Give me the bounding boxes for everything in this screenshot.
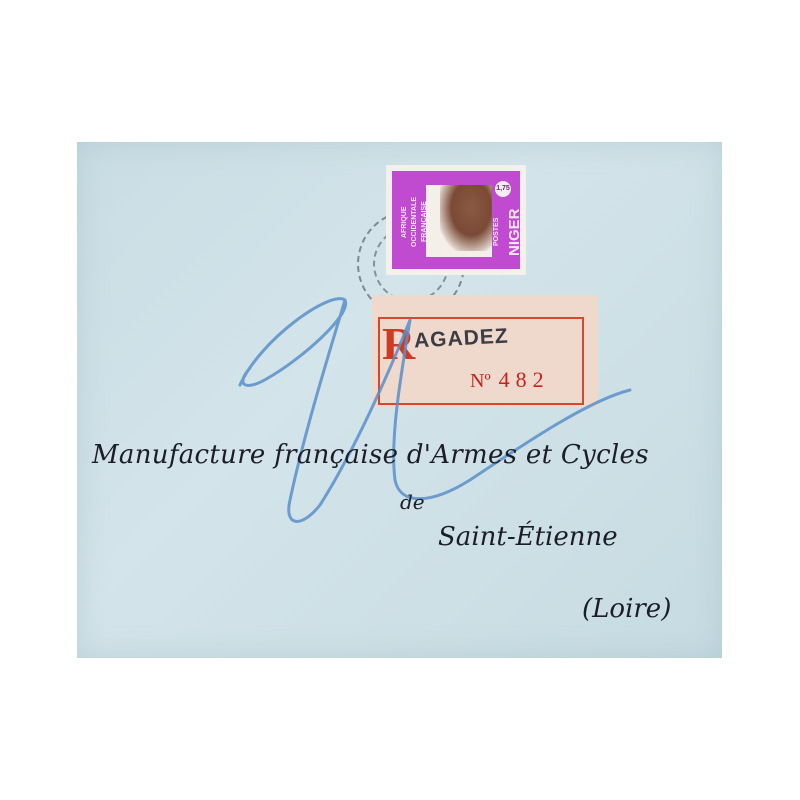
registration-number: Nº482 [470, 367, 550, 393]
registration-label: R AGADEZ Nº482 [372, 295, 598, 407]
stamp-country: POSTES NIGER [488, 197, 512, 267]
stamp-postes-text: POSTES [493, 218, 500, 246]
address-line-3: Saint-Étienne [438, 522, 618, 552]
stamp-niger-text: NIGER [506, 208, 523, 256]
address-line-1: Manufacture française d'Armes et Cycles [92, 440, 649, 470]
registration-town: AGADEZ [413, 325, 509, 354]
stamp-colony-text: AFRIQUE OCCIDENTALE FRANÇAISE [400, 183, 422, 261]
stamp-value: 1,75 [495, 181, 511, 197]
address-line-4: (Loire) [582, 594, 671, 624]
registration-number-prefix: Nº [470, 370, 491, 392]
postage-stamp: AFRIQUE OCCIDENTALE FRANÇAISE 1,75 POSTE… [386, 165, 526, 275]
stamp-frame: AFRIQUE OCCIDENTALE FRANÇAISE 1,75 POSTE… [392, 171, 520, 269]
address-line-2: de [400, 490, 425, 514]
registration-number-value: 482 [499, 367, 550, 392]
registration-letter: R [382, 321, 415, 367]
stamp-vignette [426, 185, 492, 257]
stamp-picture-icon [440, 185, 492, 251]
